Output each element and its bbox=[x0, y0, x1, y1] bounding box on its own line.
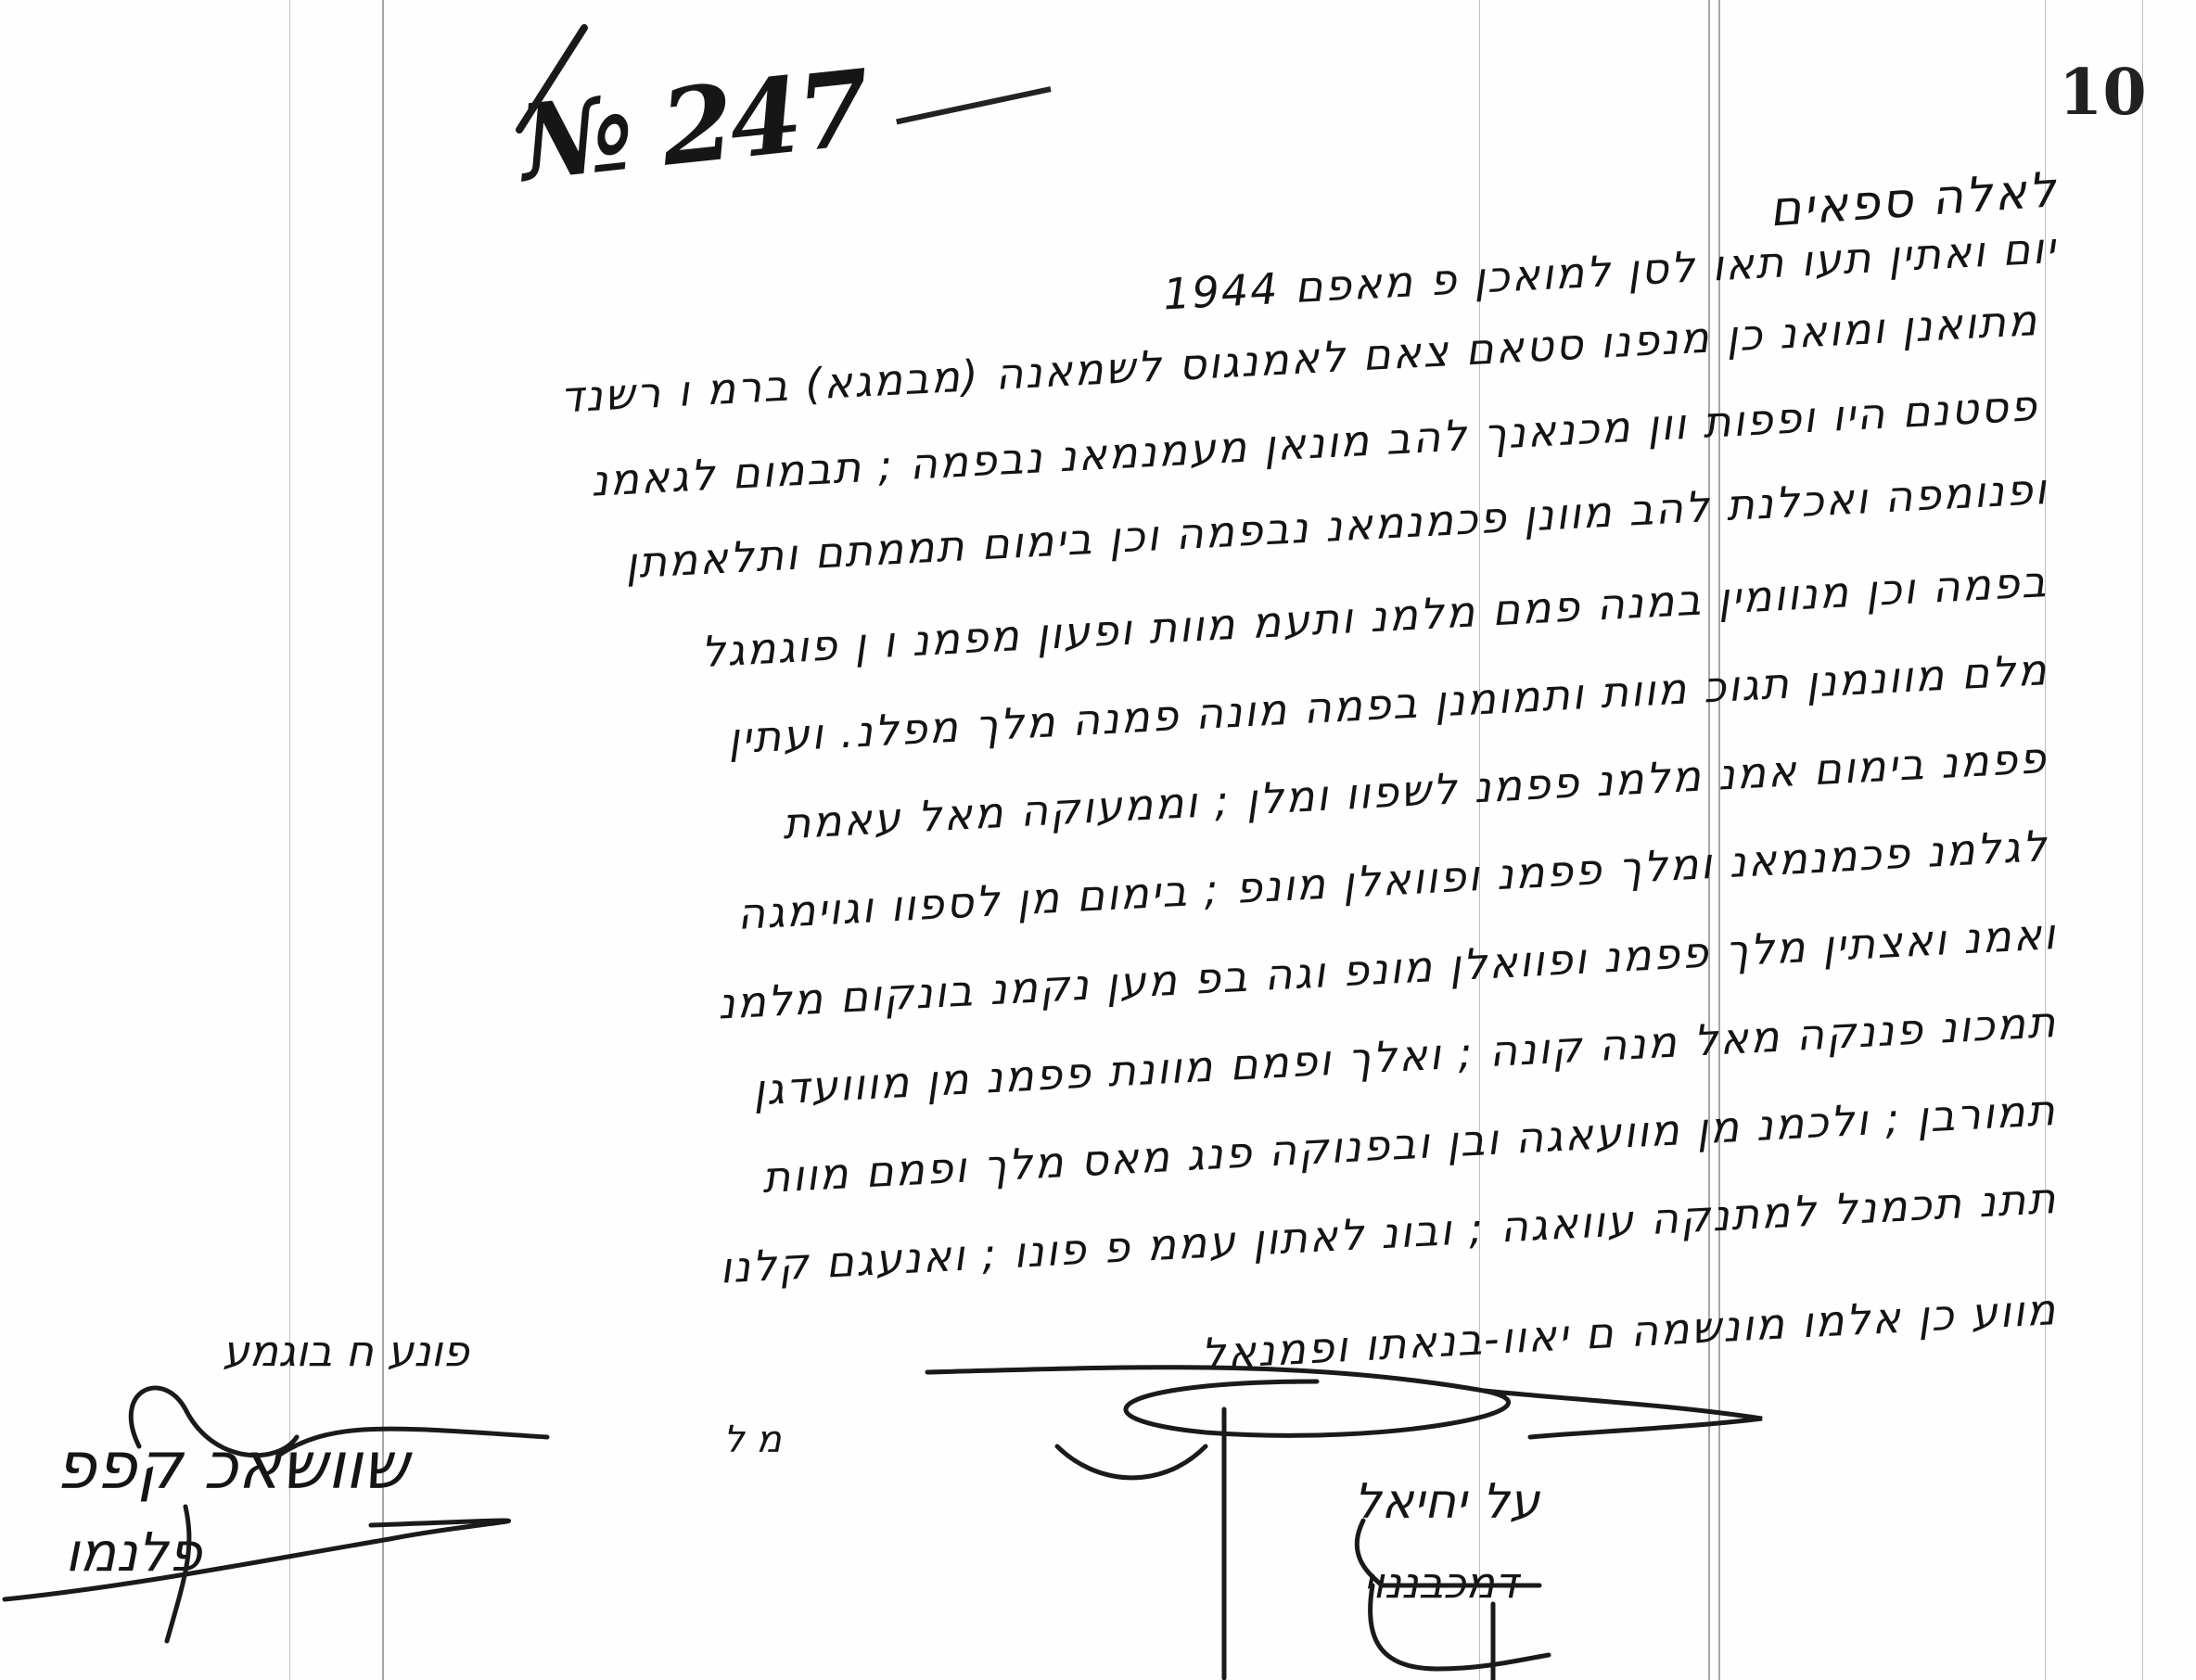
document-page: № 247 10 לאלה ספאים יום ואתין תעו תאו לס… bbox=[0, 0, 2196, 1680]
signature-flourish-right bbox=[1354, 1483, 1595, 1680]
underline-dash bbox=[896, 86, 1052, 124]
ruled-line bbox=[2142, 0, 2143, 1680]
signature-flourish-left bbox=[0, 1279, 835, 1678]
page-number: 10 bbox=[2059, 56, 2147, 130]
reference-flourish bbox=[501, 19, 612, 148]
